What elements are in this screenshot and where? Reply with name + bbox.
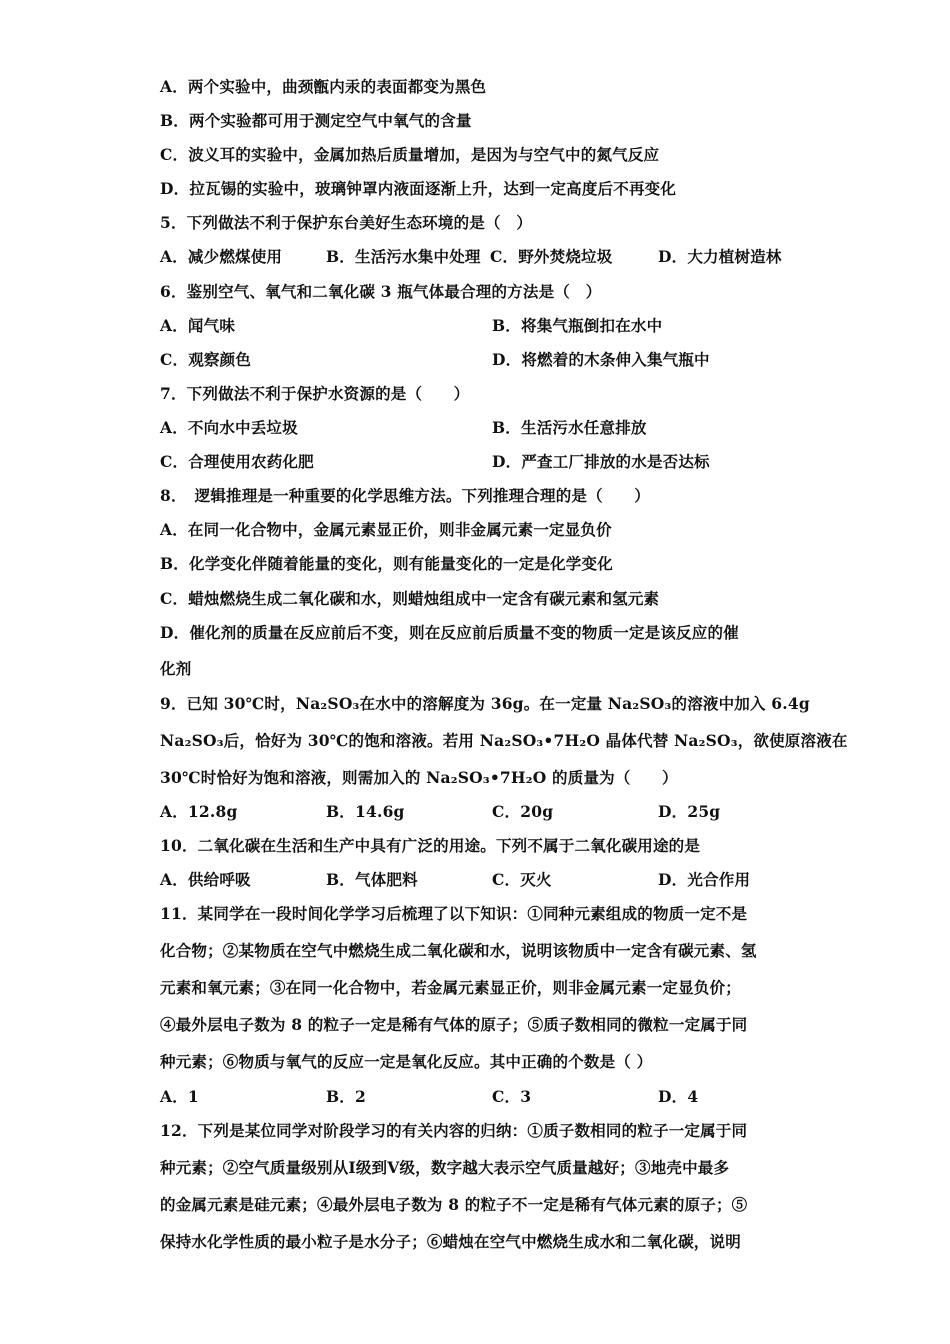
q11-options: A．1 B．2 C．3 D．4 [160,1085,800,1109]
q12-stem-line3: 的金属元素是硅元素；④最外层电子数为 8 的粒子不一定是稀有气体元素的原子；⑤ [160,1193,747,1217]
q11-option-b: B．2 [326,1085,366,1109]
q5-option-d: D．大力植树造林 [658,245,782,269]
q11-stem-line1: 11．某同学在一段时间化学学习后梳理了以下知识：①同种元素组成的物质一定不是 [160,902,747,926]
q8-option-b: B．化学变化伴随着能量的变化，则有能量变化的一定是化学变化 [160,552,613,576]
q10-option-d: D．光合作用 [658,868,750,892]
q12-stem-line4: 保持水化学性质的最小粒子是水分子；⑥蜡烛在空气中燃烧生成水和二氧化碳，说明 [160,1230,741,1254]
q6-stem: 6．鉴别空气、氧气和二氧化碳 3 瓶气体最合理的方法是（ ） [160,280,601,304]
q7-option-b: B．生活污水任意排放 [492,416,647,440]
q7-options-row2: C．合理使用农药化肥 D．严查工厂排放的水是否达标 [160,450,800,474]
q6-option-b: B．将集气瓶倒扣在水中 [492,314,662,338]
q12-stem-line2: 种元素；②空气质量级别从Ⅰ级到Ⅴ级，数字越大表示空气质量越好；③地壳中最多 [160,1156,729,1180]
q8-option-a: A．在同一化合物中，金属元素显正价，则非金属元素一定显负价 [160,518,612,542]
q7-option-d: D．严查工厂排放的水是否达标 [492,450,710,474]
q7-option-c: C．合理使用农药化肥 [160,450,314,474]
q5-options: A．减少燃煤使用 B．生活污水集中处理 C．野外焚烧垃圾 D．大力植树造林 [160,245,800,269]
q9-stem-line2: Na₂SO₃后，恰好为 30℃的饱和溶液。若用 Na₂SO₃•7H₂O 晶体代替… [160,729,848,753]
q4-option-a: A．两个实验中，曲颈甑内汞的表面都变为黑色 [160,75,486,99]
q10-option-a: A．供给呼吸 [160,868,251,892]
q10-options: A．供给呼吸 B．气体肥料 C．灭火 D．光合作用 [160,868,800,892]
q5-option-a: A．减少燃煤使用 [160,245,282,269]
q6-options-row2: C．观察颜色 D．将燃着的木条伸入集气瓶中 [160,348,800,372]
q4-option-c: C．波义耳的实验中，金属加热后质量增加，是因为与空气中的氮气反应 [160,143,659,167]
q11-option-c: C．3 [492,1085,531,1109]
q12-stem-line1: 12．下列是某位同学对阶段学习的有关内容的归纳：①质子数相同的粒子一定属于同 [160,1119,747,1143]
q9-options: A．12.8g B．14.6g C．20g D．25g [160,800,800,824]
q4-option-b: B．两个实验都可用于测定空气中氧气的含量 [160,109,472,133]
q6-option-d: D．将燃着的木条伸入集气瓶中 [492,348,710,372]
q4-option-d: D．拉瓦锡的实验中，玻璃钟罩内液面逐渐上升，达到一定高度后不再变化 [160,177,676,201]
q6-options-row1: A．闻气味 B．将集气瓶倒扣在水中 [160,314,800,338]
q8-option-d-line2: 化剂 [160,657,191,681]
q8-option-d-line1: D．催化剂的质量在反应前后不变，则在反应前后质量不变的物质一定是该反应的催 [160,621,739,645]
q9-option-b: B．14.6g [326,800,405,824]
q11-stem-line5: 种元素；⑥物质与氧气的反应一定是氧化反应。其中正确的个数是（ ） [160,1050,652,1074]
q7-stem: 7．下列做法不利于保护水资源的是（ ） [160,382,469,406]
q9-stem-line1: 9．已知 30℃时，Na₂SO₃在水中的溶解度为 36g。在一定量 Na₂SO₃… [160,692,810,716]
q6-option-c: C．观察颜色 [160,348,251,372]
q9-option-a: A．12.8g [160,800,238,824]
q11-stem-line4: ④最外层电子数为 8 的粒子一定是稀有气体的原子；⑤质子数相同的微粒一定属于同 [160,1013,747,1037]
q9-option-c: C．20g [492,800,553,824]
q5-stem: 5．下列做法不利于保护东台美好生态环境的是（ ） [160,211,532,235]
q10-option-b: B．气体肥料 [326,868,418,892]
q7-option-a: A．不向水中丢垃圾 [160,416,298,440]
q11-stem-line3: 元素和氧元素；③在同一化合物中，若金属元素显正价，则非金属元素一定显负价； [160,976,741,1000]
q6-option-a: A．闻气味 [160,314,235,338]
q8-stem: 8． 逻辑推理是一种重要的化学思维方法。下列推理合理的是（ ） [160,484,650,508]
q7-options-row1: A．不向水中丢垃圾 B．生活污水任意排放 [160,416,800,440]
q5-option-c: C．野外焚烧垃圾 [490,245,612,269]
q9-stem-line3: 30℃时恰好为饱和溶液，则需加入的 Na₂SO₃•7H₂O 的质量为（ ） [160,766,678,790]
q11-option-d: D．4 [658,1085,698,1109]
q10-stem: 10．二氧化碳在生活和生产中具有广泛的用途。下列不属于二氧化碳用途的是 [160,834,700,858]
q10-option-c: C．灭火 [492,868,552,892]
q5-option-b: B．生活污水集中处理 [326,245,481,269]
q9-option-d: D．25g [658,800,720,824]
q8-option-c: C．蜡烛燃烧生成二氧化碳和水，则蜡烛组成中一定含有碳元素和氢元素 [160,587,659,611]
q11-option-a: A．1 [160,1085,199,1109]
q11-stem-line2: 化合物；②某物质在空气中燃烧生成二氧化碳和水，说明该物质中一定含有碳元素、氢 [160,939,757,963]
